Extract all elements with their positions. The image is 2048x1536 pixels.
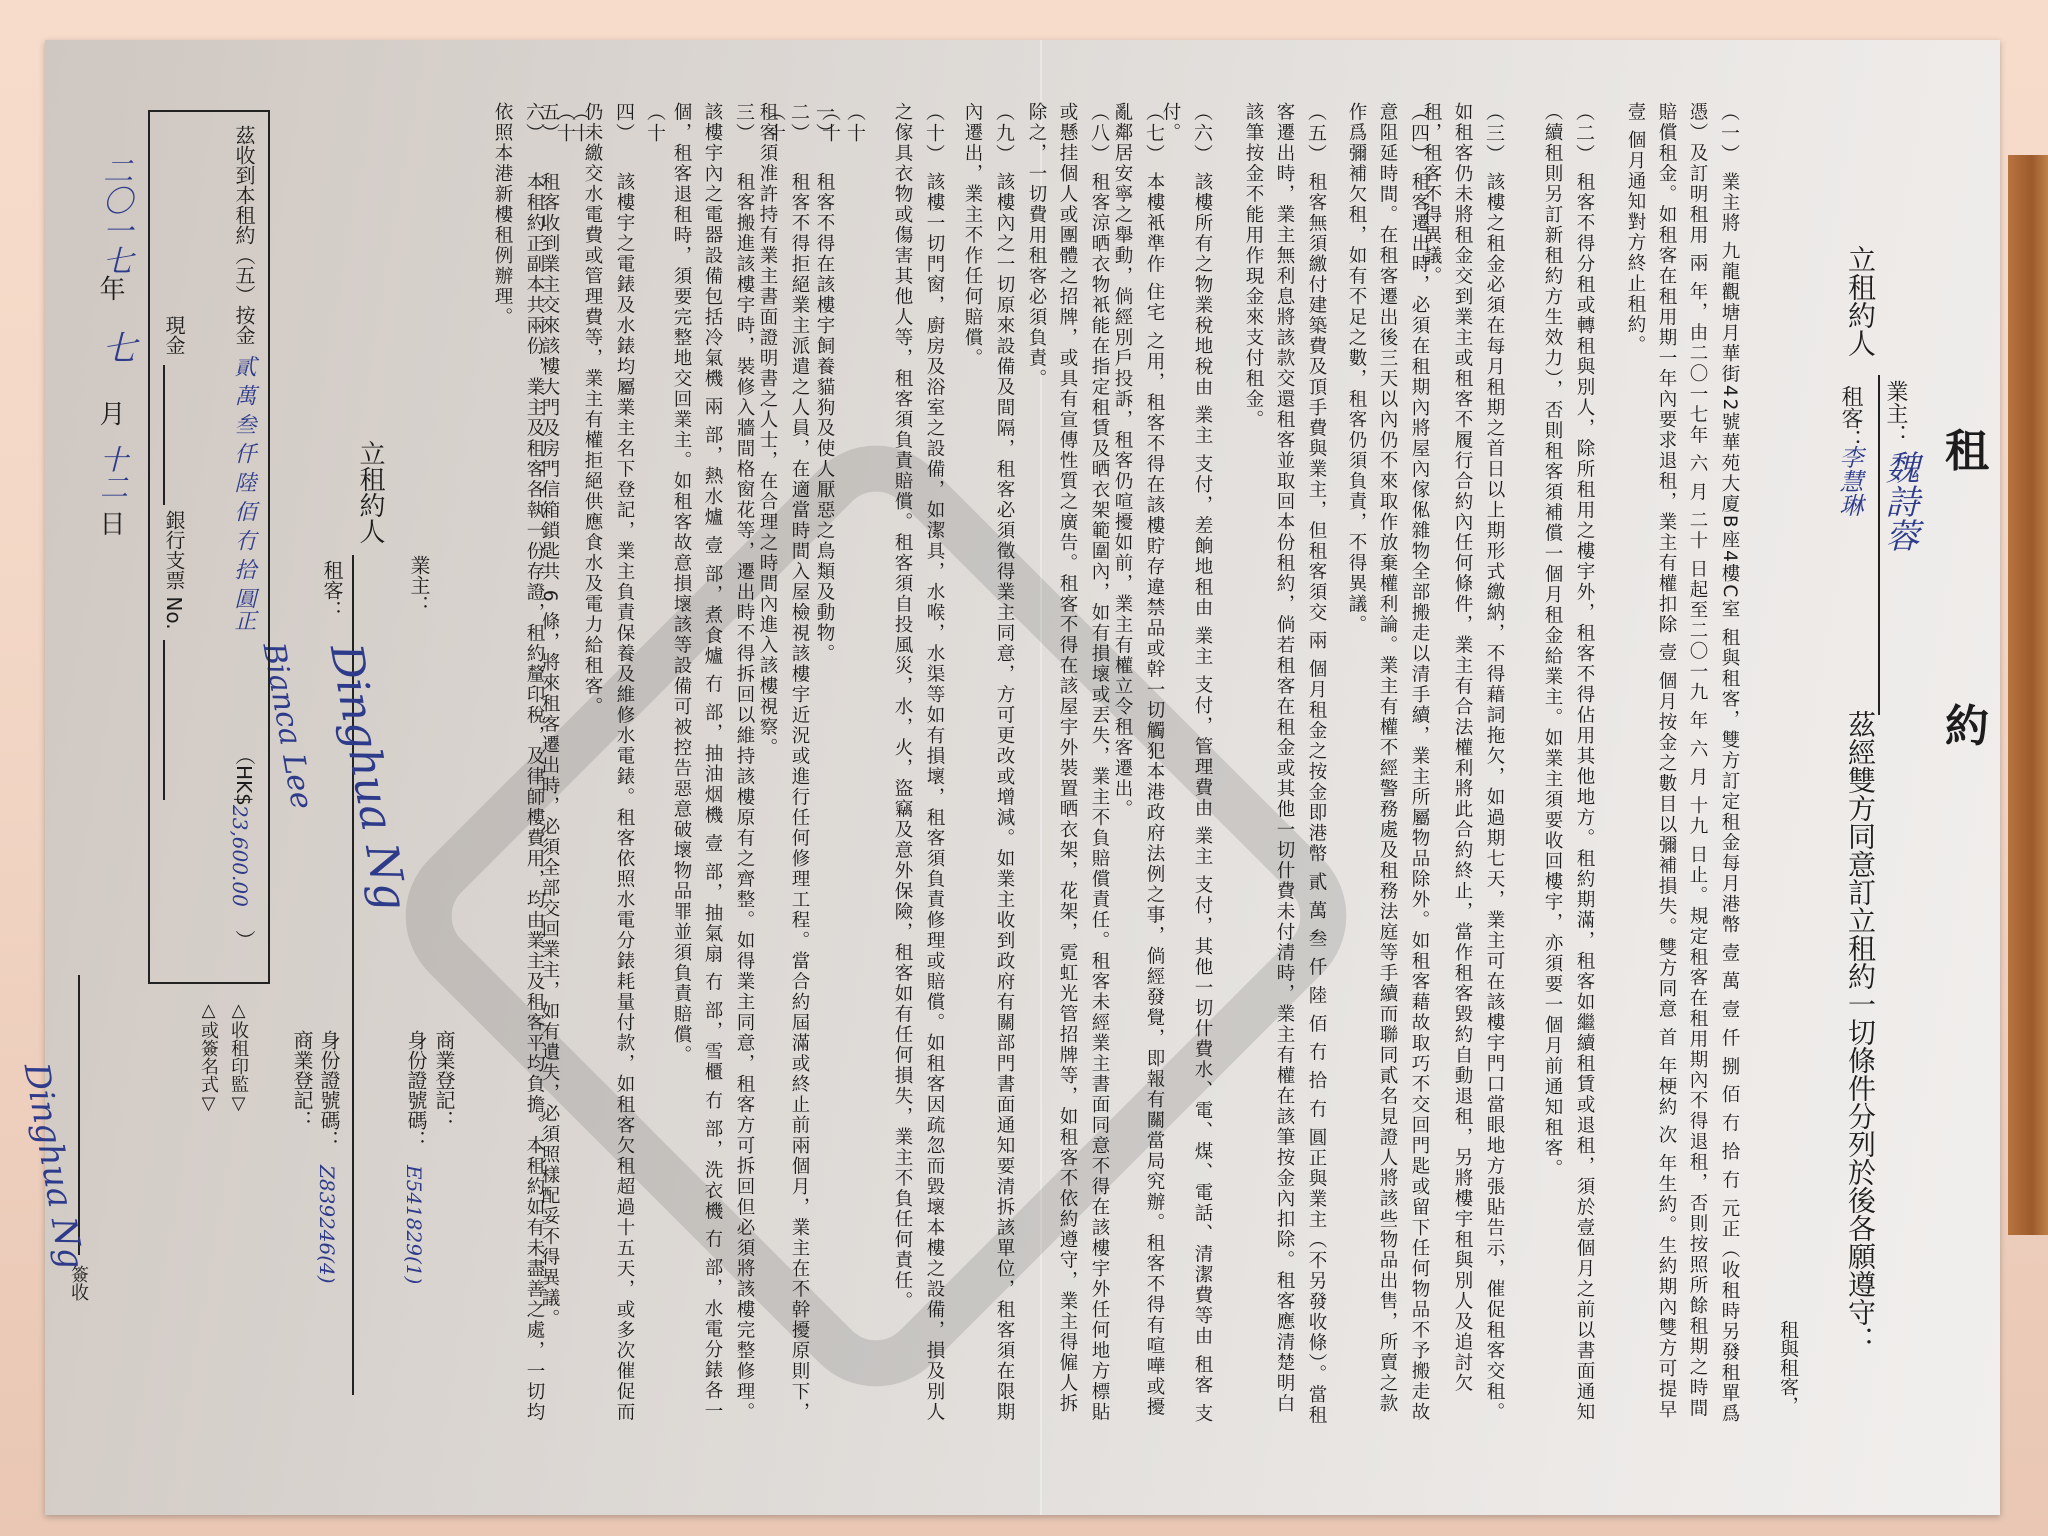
clause-number: （八） — [1083, 102, 1114, 172]
clause-text: 租客遷出時，必須在租期內將屋內傢俬雜物全部搬走以清手續，業主所屬物品除外。如租客… — [1346, 102, 1430, 1423]
clause-7: （七）本樓衹準作 住宅 之用，租客不得在該樓貯存違禁品或幹一切觸犯本港政府法例之… — [1110, 102, 1170, 1432]
cheque-label: 銀行支票 No. — [160, 510, 189, 630]
tenant-id: Z839246(4) — [315, 1165, 339, 1284]
receipt-amount-words: 貳 萬 叁 仟 陸 佰 冇 拾 圓正 — [228, 355, 259, 631]
clause-number: （五） — [1300, 102, 1331, 172]
clause-text: 租客不得分租或轉租與別人，除所租用之樓宇外，租客不得佔用其他地方。租約期滿，租客… — [1542, 102, 1595, 1423]
received-label: 簽收 — [65, 1265, 91, 1301]
clause-number: （三） — [1478, 102, 1509, 172]
clause-13: （十三）租客搬進該樓宇時，裝修入牆間格窗花等，遷出時不得拆回以維持該樓原有之齊整… — [700, 102, 790, 1432]
stamp-note-1: △收租印監▽ — [225, 1000, 251, 1114]
landlord-id: E541829(1) — [402, 1165, 426, 1284]
clause-number: （十四） — [608, 102, 670, 172]
tenant-id-label: 身份證號碼： — [315, 1030, 344, 1150]
clause-2: （二）租客不得分租或轉租與別人，除所租用之樓宇外，租客不得佔用其他地方。租約期滿… — [1530, 102, 1600, 1432]
parties-heading: 立租約人 — [1840, 245, 1880, 357]
signing-heading: 立租約人 — [352, 440, 389, 544]
landlord-business-reg: 商業登記： — [430, 1030, 459, 1130]
signing-tenant-label: 租客： — [318, 560, 347, 620]
receipt-hk-close: ） — [230, 930, 259, 950]
preamble: 茲經雙方同意訂立租約一切條件分列於後各願遵守： — [1840, 710, 1880, 1354]
clause-number: （一） — [1713, 102, 1744, 172]
clause-number: （九） — [988, 102, 1019, 172]
cheque-line — [163, 640, 165, 800]
date-month: 七 — [92, 330, 141, 364]
party-divider — [1878, 375, 1880, 715]
clause-number: （二） — [1568, 102, 1599, 172]
clause-10: （十）該樓一切門窗，廚房及浴室之設備，如潔具，水喉，水渠等如有損壞，租客須負責修… — [880, 102, 950, 1432]
tenant-label: 租客： — [1835, 385, 1866, 451]
clause-number: （十） — [918, 102, 949, 172]
clause-number: （十二） — [783, 102, 845, 172]
date-year-label: 年 — [92, 275, 129, 301]
clause-text: 該樓一切門窗，廚房及浴室之設備，如潔具，水喉，水渠等如有損壞，租客須負責修理或賠… — [892, 102, 945, 1423]
clause-text: 業主將 九龍觀塘月華街42號華苑大廈B座4樓C室 租與租客，雙方訂定租金每月港幣… — [1625, 102, 1740, 1424]
clause-number: （十六） — [518, 102, 580, 172]
clause-number: （七） — [1138, 102, 1169, 172]
clause-1: （一）業主將 九龍觀塘月華街42號華苑大廈B座4樓C室 租與租客，雙方訂定租金每… — [1620, 102, 1745, 1432]
title-char-1: 租 — [1945, 415, 1989, 479]
signing-landlord-label: 業主： — [405, 555, 434, 615]
stamp-note-2: △或簽名式▽ — [195, 1000, 221, 1114]
clause-12: （十二）租客不得拒絕業主派遣之人員，在適當時間入屋檢視該樓宇近況或進行任何修理工… — [785, 102, 845, 1432]
tenant-business-reg: 商業登記： — [288, 1030, 317, 1130]
clause-9: （九）該樓內之一切原來設備及間隔，租客必須徵得業主同意，方可更改或增減。如業主收… — [960, 102, 1020, 1432]
clause-text: 租客涼晒衣物衹能在指定租賃及晒衣架範圍內，如有損壞或丟失，業主不負賠償責任。租客… — [1026, 102, 1110, 1423]
clause-number: （六） — [1186, 102, 1217, 172]
clause-3: （三）該樓之租金必須在每月租期之首日以上期形式繳納，不得藉詞拖欠，如過期七天，業… — [1440, 102, 1510, 1432]
date-day: 十二 — [92, 445, 132, 501]
clause-5: （五）租客無須繳付建築費及頂手費與業主，但租客須交 兩 個月租金之按金即港幣 貳… — [1262, 102, 1332, 1432]
receipt-hk-label: （HK$ — [230, 745, 259, 806]
clause-16: （十六）本租約正副本共兩份，業主及租客各執一份存證，租約釐印稅，及律師樓費用，均… — [520, 102, 580, 1432]
clause-8: （八）租客涼晒衣物衹能在指定租賃及晒衣架範圍內，如有損壞或丟失，業主不負賠償責任… — [1025, 102, 1115, 1432]
wood-edge — [2008, 155, 2048, 1235]
clause-number: （四） — [1403, 102, 1434, 172]
clause-4: （四）租客遷出時，必須在租期內將屋內傢俬雜物全部搬走以清手續，業主所屬物品除外。… — [1345, 102, 1435, 1432]
receipt-text: 茲收到本租約（五）按金 — [230, 125, 259, 345]
clause-text: 該樓內之一切原來設備及間隔，租客必須徵得業主同意，方可更改或增減。如業主收到政府… — [962, 102, 1015, 1423]
clause-14: （十四）該樓宇之電錶及水錶均屬業主名下登記，業主負責保養及維修水電錶。租客依照水… — [610, 102, 670, 1432]
preamble-tail: 租與租客， — [1775, 1320, 1802, 1415]
landlord-label: 業主： — [1880, 380, 1911, 446]
date-year: 二〇一七 — [92, 155, 136, 275]
landlord-name: 魏詩蓉 — [1875, 450, 1924, 552]
landlord-id-label: 身份證號碼： — [402, 1030, 431, 1150]
clause-text: 本樓衹準作 住宅 之用，租客不得在該樓貯存違禁品或幹一切觸犯本港政府法例之事，倘… — [1112, 102, 1165, 1418]
receipt-hk-amount: 23,600.00 — [228, 805, 252, 907]
title-char-2: 約 — [1945, 690, 1989, 754]
date-day-label: 日 — [92, 510, 129, 536]
cash-label: 現金 — [160, 315, 189, 355]
clause-6: （六）該樓所有之物業稅地稅由 業主 支付，差餉地租由 業主 支付，管理費由 業主… — [1178, 102, 1218, 1432]
cash-line — [163, 365, 165, 505]
date-month-label: 月 — [92, 400, 129, 426]
clause-number: （十三） — [728, 102, 790, 172]
tenant-name: 李慧琳 — [1832, 445, 1867, 517]
